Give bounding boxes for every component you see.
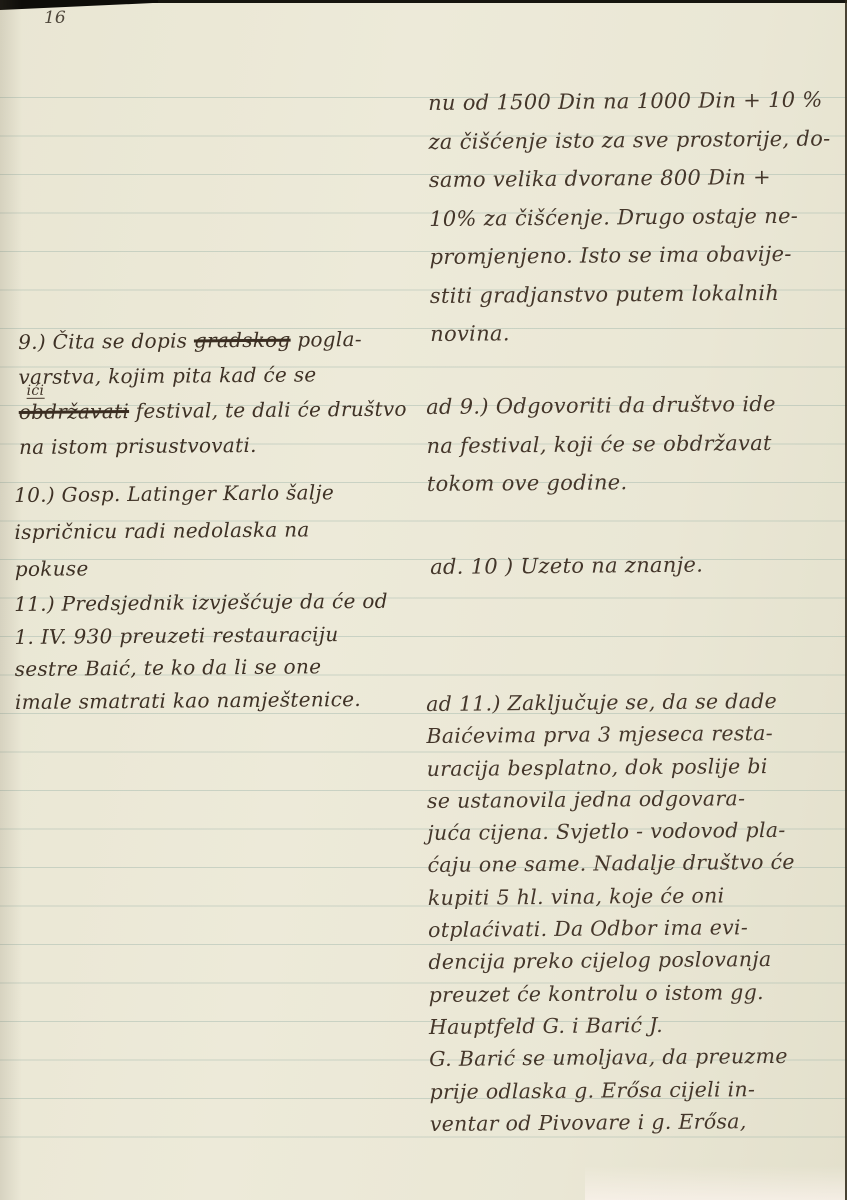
handwriting-line: Baićevima prva 3 mjeseca resta- <box>426 717 793 753</box>
handwriting-line: ad 11.) Zaključuje se, da se dade <box>426 685 793 721</box>
handwriting-line: kupiti 5 hl. vina, koje će oni <box>428 879 795 915</box>
struck-word: obdržavati <box>19 399 130 424</box>
resolution-ad-11: ad 11.) Zaključuje se, da se dade Baićev… <box>426 685 797 1140</box>
handwriting-line: sestre Baić, te ko da li se one <box>15 650 389 686</box>
handwriting-line: Hauptfeld G. i Barić J. <box>429 1008 796 1044</box>
handwriting-line: 10% za čišćenje. Drugo ostaje ne- <box>429 196 847 238</box>
handwriting-line: nu od 1500 Din na 1000 Din + 10 % <box>428 80 847 122</box>
paragraph-continuation: nu od 1500 Din na 1000 Din + 10 % za čiš… <box>428 80 847 353</box>
text-run: festival, te dali će društvo <box>129 397 407 423</box>
handwriting-line: ispričnicu radi nedolaska na <box>14 511 334 551</box>
resolution-ad-10: ad. 10 ) Uzeto na znanje. <box>430 546 703 586</box>
handwriting-line: otplaćivati. Da Odbor ima evi- <box>428 911 795 947</box>
handwriting-line: stiti gradjanstvo putem lokalnih <box>430 273 847 315</box>
minute-item-11: 11.) Predsjednik izvješćuje da će od 1. … <box>14 585 389 718</box>
handwriting-line: 9.) Čita se dopis gradskog pogla- <box>18 322 406 360</box>
handwriting-line: promjenjeno. Isto se ima obavije- <box>429 234 847 276</box>
handwriting-line: ićiobdržavati festival, te dali će društ… <box>19 392 407 430</box>
handwriting-line: tokom ove godine. <box>427 462 777 504</box>
handwriting-line: pokuse <box>15 548 335 588</box>
handwriting-line: 1. IV. 930 preuzeti restauraciju <box>14 617 388 653</box>
photo-top-corner <box>0 0 158 10</box>
correction: ićiobdržavati <box>19 399 130 424</box>
handwriting-line: novina. <box>430 311 847 353</box>
handwriting-line: ad 9.) Odgovoriti da društvo ide <box>426 385 776 427</box>
handwriting-line: imale smatrati kao namještenice. <box>15 682 389 718</box>
handwriting-line: dencija preko cijelog poslovanja <box>428 943 795 979</box>
notebook-page: 16 nu od 1500 Din na 1000 Din + 10 % za … <box>0 0 847 1200</box>
handwriting-line: se ustanovila jedna odgovara- <box>427 782 794 818</box>
handwriting-line: prije odlaska g. Erősa cijeli in- <box>429 1072 796 1108</box>
page-number: 16 <box>44 8 66 28</box>
struck-word: gradskog <box>194 328 291 353</box>
handwriting-line: preuzet će kontrolu o istom gg. <box>429 975 796 1011</box>
handwriting-line: ad. 10 ) Uzeto na znanje. <box>430 546 703 586</box>
handwriting-line: G. Barić se umoljava, da preuzme <box>429 1040 796 1076</box>
inserted-word: ići <box>27 384 45 399</box>
handwriting-line: na festival, koji će se obdržavat <box>426 423 776 465</box>
handwriting-line: uracija besplatno, dok poslije bi <box>427 749 794 785</box>
text-run: pogla- <box>291 327 362 352</box>
handwriting-line: ćaju one same. Nadalje društvo će <box>427 846 794 882</box>
minute-item-10: 10.) Gosp. Latinger Karlo šalje isprični… <box>14 474 335 588</box>
handwriting-line: 10.) Gosp. Latinger Karlo šalje <box>14 474 334 514</box>
resolution-ad-9: ad 9.) Odgovoriti da društvo ide na fest… <box>426 385 777 504</box>
handwriting-line: samo velika dvorane 800 Din + <box>429 157 847 199</box>
minute-item-9: 9.) Čita se dopis gradskog pogla- varstv… <box>18 322 407 465</box>
handwriting-line: 11.) Predsjednik izvješćuje da će od <box>14 585 388 621</box>
handwriting-line: na istom prisustvovati. <box>19 427 407 465</box>
handwriting-line: ventar od Pivovare i g. Erősa, <box>430 1105 797 1141</box>
handwriting-line: varstva, kojim pita kad će se <box>18 357 406 395</box>
next-page-sliver <box>585 1166 845 1200</box>
text-run: 9.) Čita se dopis <box>18 328 194 354</box>
handwriting-line: za čišćenje isto za sve prostorije, do- <box>428 119 847 161</box>
handwriting-line: juća cijena. Svjetlo - vodovod pla- <box>427 814 794 850</box>
